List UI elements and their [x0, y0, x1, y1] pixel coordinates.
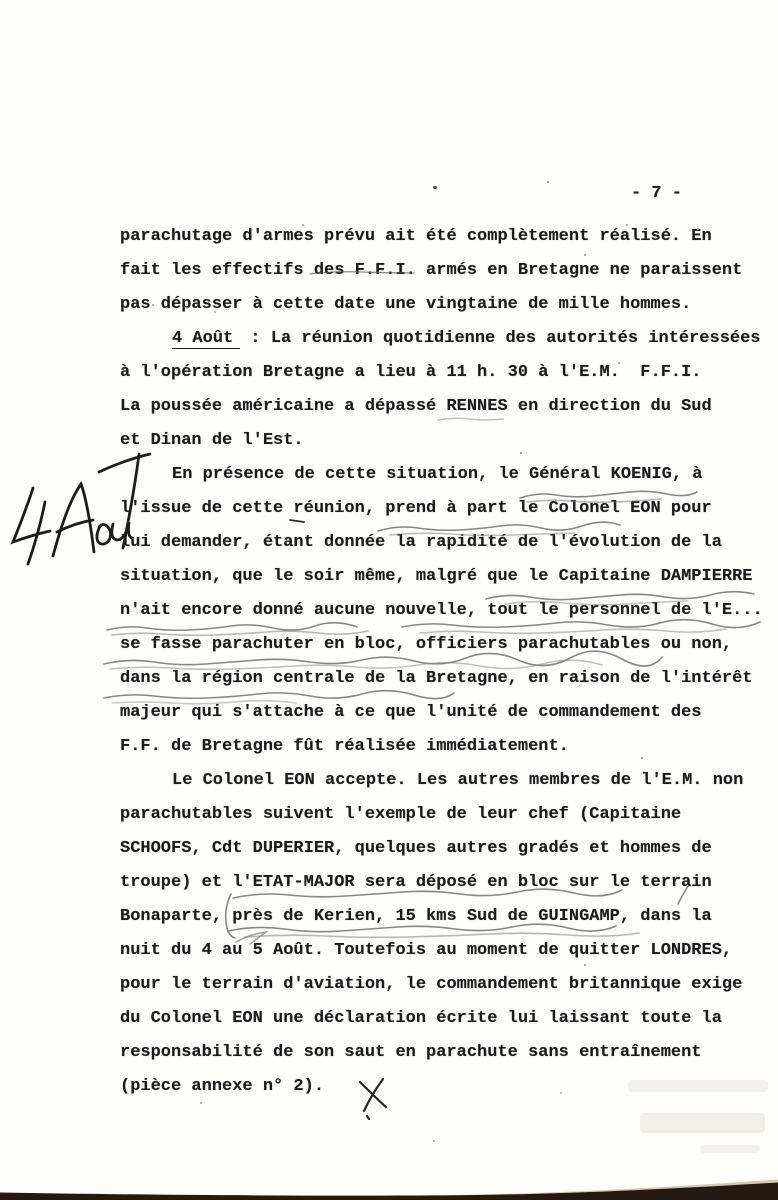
text-line: fait les effectifs des F.F.I. armés en B…: [120, 254, 778, 288]
scan-speckle: [584, 254, 586, 256]
text-line: La poussée américaine a dépassé RENNES e…: [120, 390, 778, 424]
scan-speckle: [618, 362, 620, 364]
text-line: pour le terrain d'aviation, le commandem…: [120, 968, 778, 1002]
scan-speckle: [433, 1140, 435, 1142]
text-line: n'ait encore donné aucune nouvelle, tout…: [120, 594, 778, 628]
scan-speckle: [520, 452, 522, 454]
page-number: - 7 -: [631, 184, 682, 203]
scan-speckle: [641, 757, 643, 759]
text-line: pas dépasser à cette date une vingtaine …: [120, 288, 778, 322]
scan-speckle: [214, 311, 216, 313]
text-line: majeur qui s'attache à ce que l'unité de…: [120, 696, 778, 730]
text-line: lui demander, étant donnée la rapidité d…: [120, 526, 778, 560]
text-line: l'issue de cette réunion, prend à part l…: [120, 492, 778, 526]
scan-speckle: [200, 1102, 202, 1104]
scan-speckle: [186, 307, 188, 309]
text-line: F.F. de Bretagne fût réalisée immédiatem…: [120, 730, 778, 764]
text-line: se fasse parachuter en bloc, officiers p…: [120, 628, 778, 662]
scan-speckle: [433, 186, 437, 189]
scan-speckle: [584, 964, 586, 966]
scan-speckle: [152, 304, 154, 306]
text-segment: : La réunion quotidienne des autorités i…: [240, 329, 760, 348]
underlined-date: 4 Août: [172, 329, 240, 349]
text-line: parachutables suivent l'exemple de leur …: [120, 798, 778, 832]
text-line: responsabilité de son saut en parachute …: [120, 1036, 778, 1070]
scan-speckle: [547, 181, 549, 183]
text-line: du Colonel EON une déclaration écrite lu…: [120, 1002, 778, 1036]
text-line: SCHOOFS, Cdt DUPERIER, quelques autres g…: [120, 832, 778, 866]
scan-smudge: [640, 1113, 765, 1133]
text-line-date-heading: 4 Août : La réunion quotidienne des auto…: [120, 322, 778, 356]
scan-speckle: [302, 224, 304, 226]
text-line: parachutage d'armes prévu ait été complè…: [120, 220, 778, 254]
text-line: à l'opération Bretagne a lieu à 11 h. 30…: [120, 356, 778, 390]
page-edge-shadow: [0, 1170, 778, 1200]
typed-text-block: parachutage d'armes prévu ait été complè…: [120, 220, 778, 1104]
text-line: Bonaparte, près de Kerien, 15 kms Sud de…: [120, 900, 778, 934]
text-line: En présence de cette situation, le Génér…: [120, 458, 778, 492]
scan-smudge: [628, 1080, 768, 1092]
document-page: - 7 - parachutage d'armes prévu ait été …: [0, 0, 778, 1200]
text-line: Le Colonel EON accepte. Les autres membr…: [120, 764, 778, 798]
scan-smudge: [700, 1145, 760, 1153]
scan-speckle: [626, 224, 628, 226]
scan-speckle: [697, 228, 699, 230]
text-line: troupe) et l'ETAT-MAJOR sera déposé en b…: [120, 866, 778, 900]
text-line: dans la région centrale de la Bretagne, …: [120, 662, 778, 696]
text-line: et Dinan de l'Est.: [120, 424, 778, 458]
scan-speckle: [560, 1092, 562, 1094]
text-line: nuit du 4 au 5 Août. Toutefois au moment…: [120, 934, 778, 968]
text-line: situation, que le soir même, malgré que …: [120, 560, 778, 594]
